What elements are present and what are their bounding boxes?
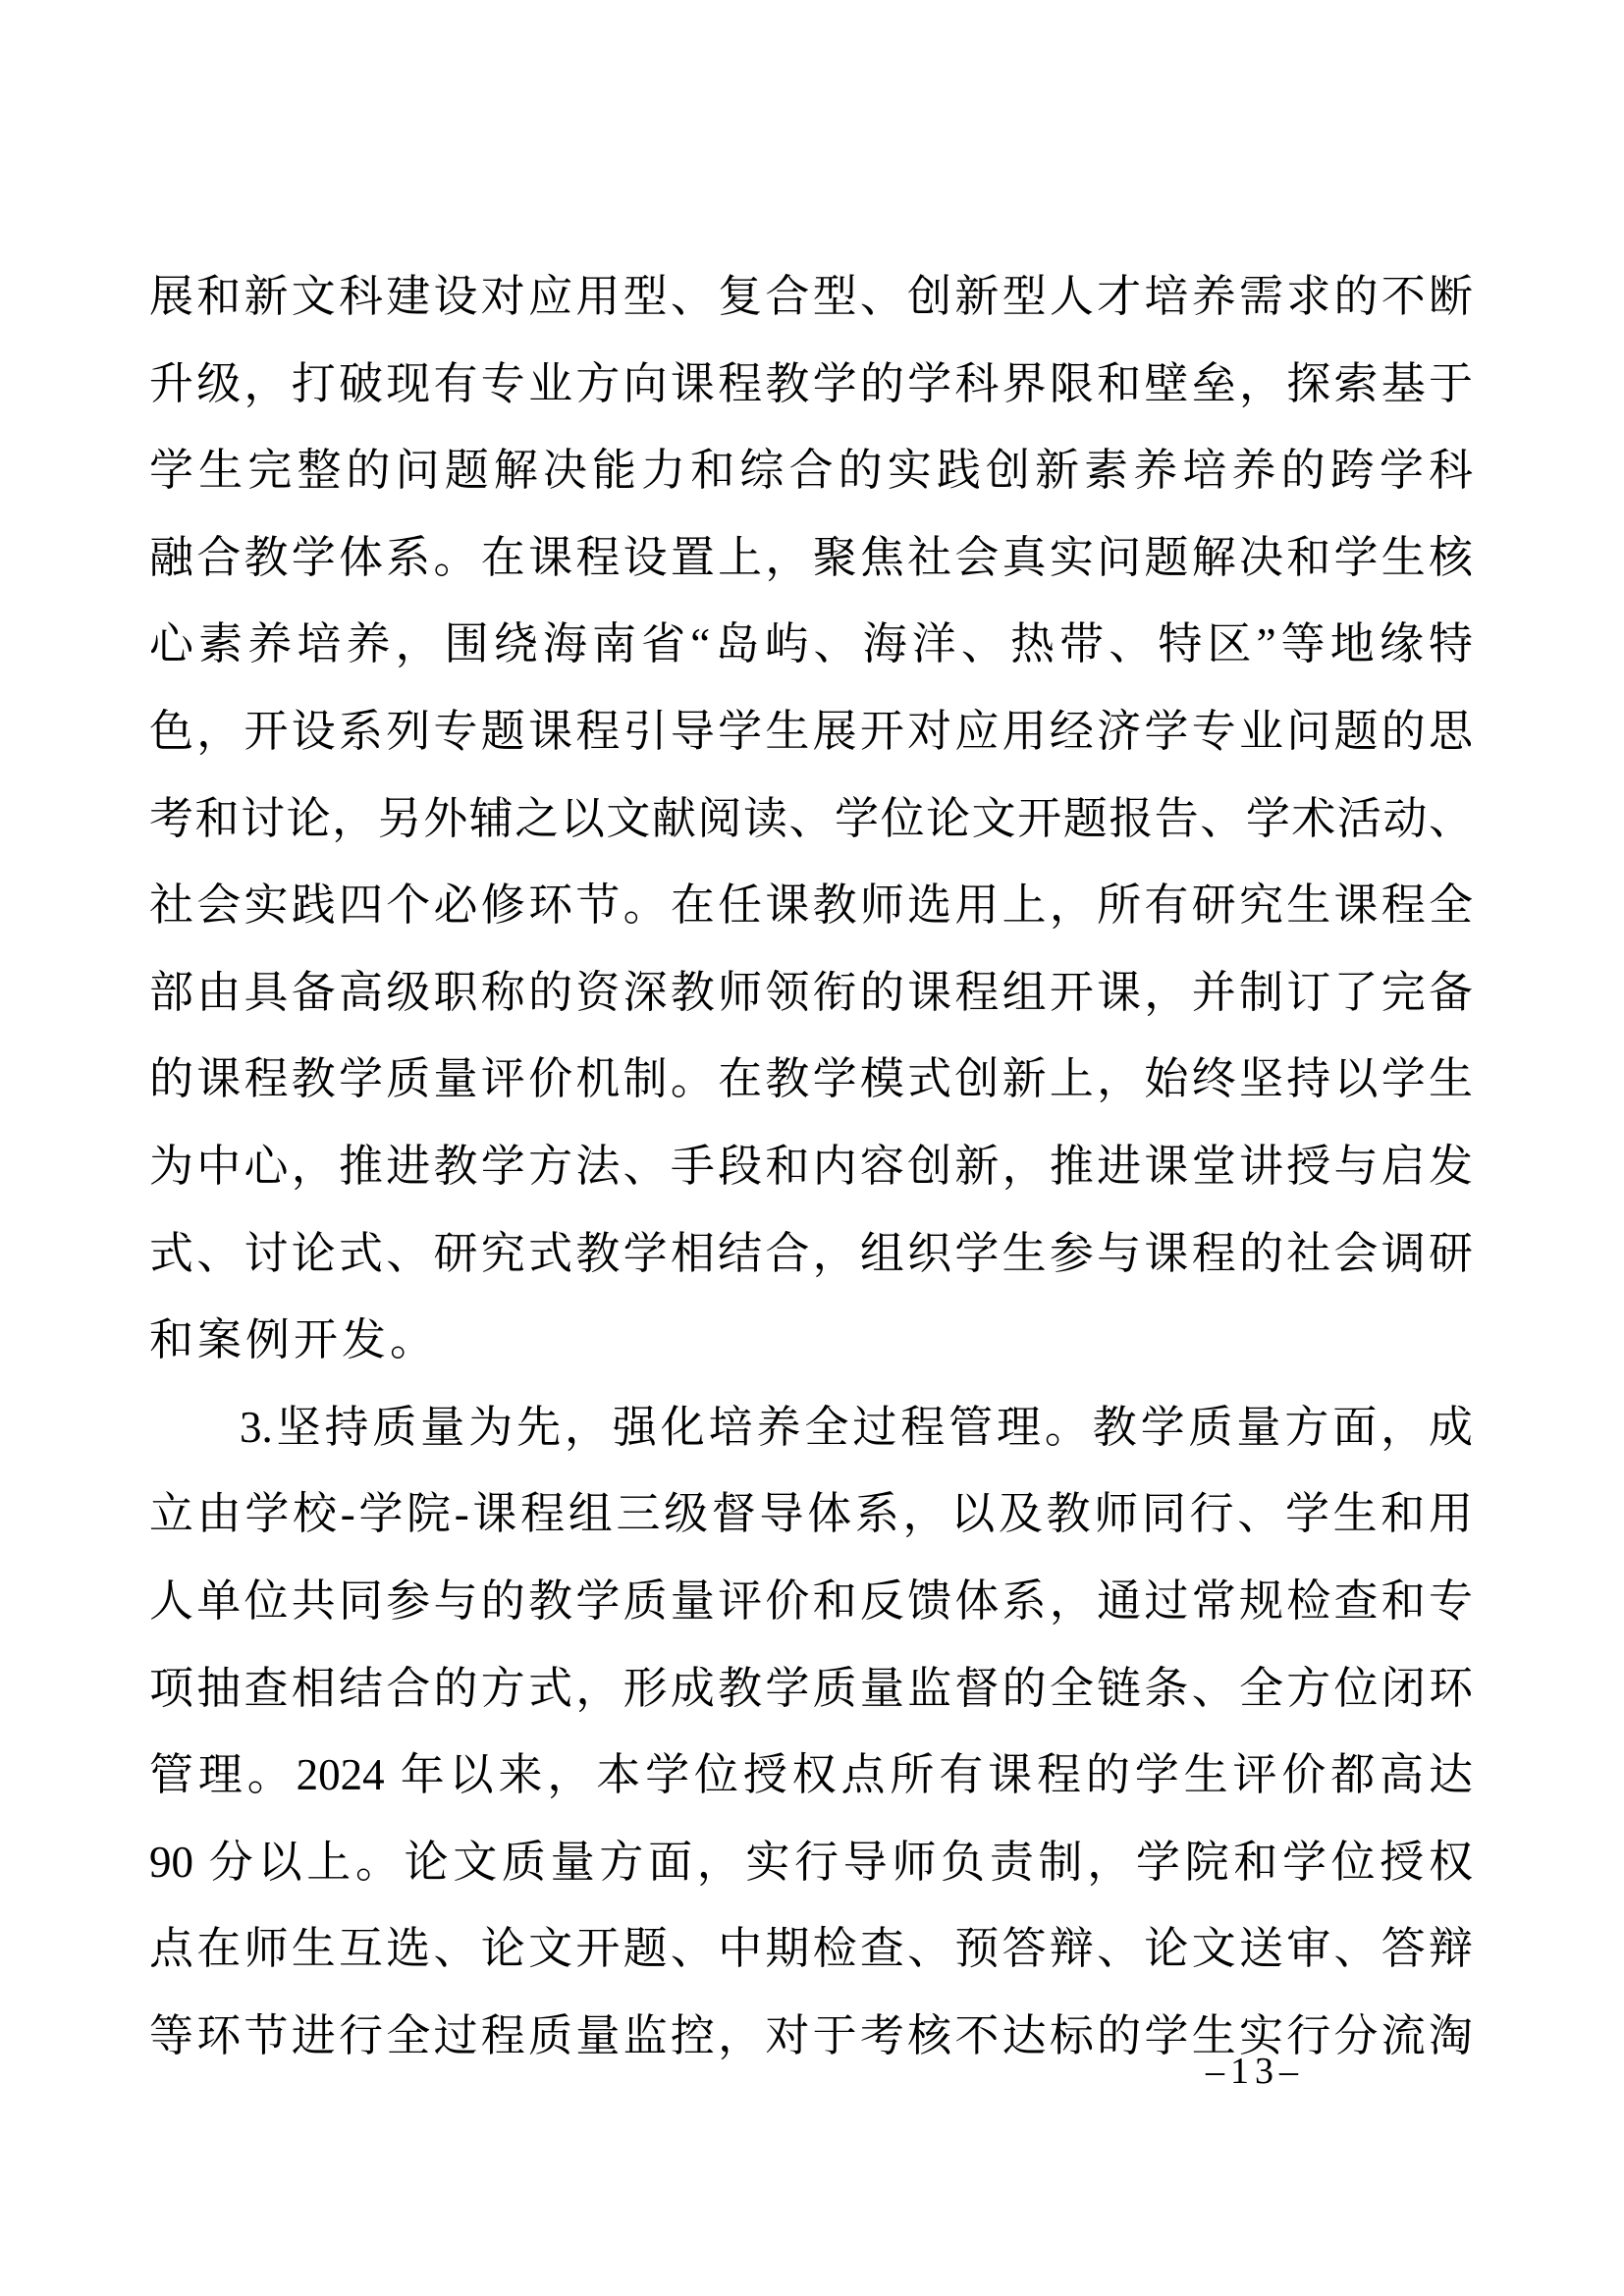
- text-line: 色，开设系列专题课程引导学生展开对应用经济学专业问题的思: [149, 688, 1473, 775]
- text-line: 和案例开发。: [149, 1297, 1473, 1384]
- text-line: 的课程教学质量评价机制。在教学模式创新上，始终坚持以学生: [149, 1036, 1473, 1123]
- text-line: 融合教学体系。在课程设置上，聚焦社会真实问题解决和学生核: [149, 514, 1473, 602]
- text-line: 立由学校-学院-课程组三级督导体系，以及教师同行、学生和用: [149, 1470, 1473, 1558]
- text-line: 社会实践四个必修环节。在任课教师选用上，所有研究生课程全: [149, 862, 1473, 949]
- text-line: 人单位共同参与的教学质量评价和反馈体系，通过常规检查和专: [149, 1558, 1473, 1645]
- text-line: 为中心，推进教学方法、手段和内容创新，推进课堂讲授与启发: [149, 1123, 1473, 1210]
- paragraph-3: 3.坚持质量为先，强化培养全过程管理。教学质量方面，成 立由学校-学院-课程组三…: [149, 1384, 1473, 2080]
- text-line: 项抽查相结合的方式，形成教学质量监督的全链条、全方位闭环: [149, 1645, 1473, 1733]
- paragraph-continuation: 展和新文科建设对应用型、复合型、创新型人才培养需求的不断 升级，打破现有专业方向…: [149, 253, 1473, 1384]
- text-line: 展和新文科建设对应用型、复合型、创新型人才培养需求的不断: [149, 253, 1473, 341]
- document-page: 展和新文科建设对应用型、复合型、创新型人才培养需求的不断 升级，打破现有专业方向…: [0, 0, 1624, 2296]
- text-line: 3.坚持质量为先，强化培养全过程管理。教学质量方面，成: [149, 1384, 1473, 1471]
- text-block: 展和新文科建设对应用型、复合型、创新型人才培养需求的不断 升级，打破现有专业方向…: [149, 253, 1473, 2079]
- text-line: 心素养培养，围绕海南省“岛屿、海洋、热带、特区”等地缘特: [149, 601, 1473, 688]
- text-line: 90 分以上。论文质量方面，实行导师负责制，学院和学位授权: [149, 1819, 1473, 1906]
- text-line: 部由具备高级职称的资深教师领衔的课程组开课，并制订了完备: [149, 949, 1473, 1037]
- text-line: 考和讨论，另外辅之以文献阅读、学位论文开题报告、学术活动、: [149, 775, 1473, 863]
- page-number: –13–: [1206, 2050, 1304, 2093]
- text-line: 点在师生互选、论文开题、中期检查、预答辩、论文送审、答辩: [149, 1905, 1473, 1993]
- text-line: 管理。2024 年以来，本学位授权点所有课程的学生评价都高达: [149, 1732, 1473, 1819]
- text-line: 学生完整的问题解决能力和综合的实践创新素养培养的跨学科: [149, 427, 1473, 514]
- text-line: 式、讨论式、研究式教学相结合，组织学生参与课程的社会调研: [149, 1210, 1473, 1298]
- text-line: 升级，打破现有专业方向课程教学的学科界限和壁垒，探索基于: [149, 341, 1473, 428]
